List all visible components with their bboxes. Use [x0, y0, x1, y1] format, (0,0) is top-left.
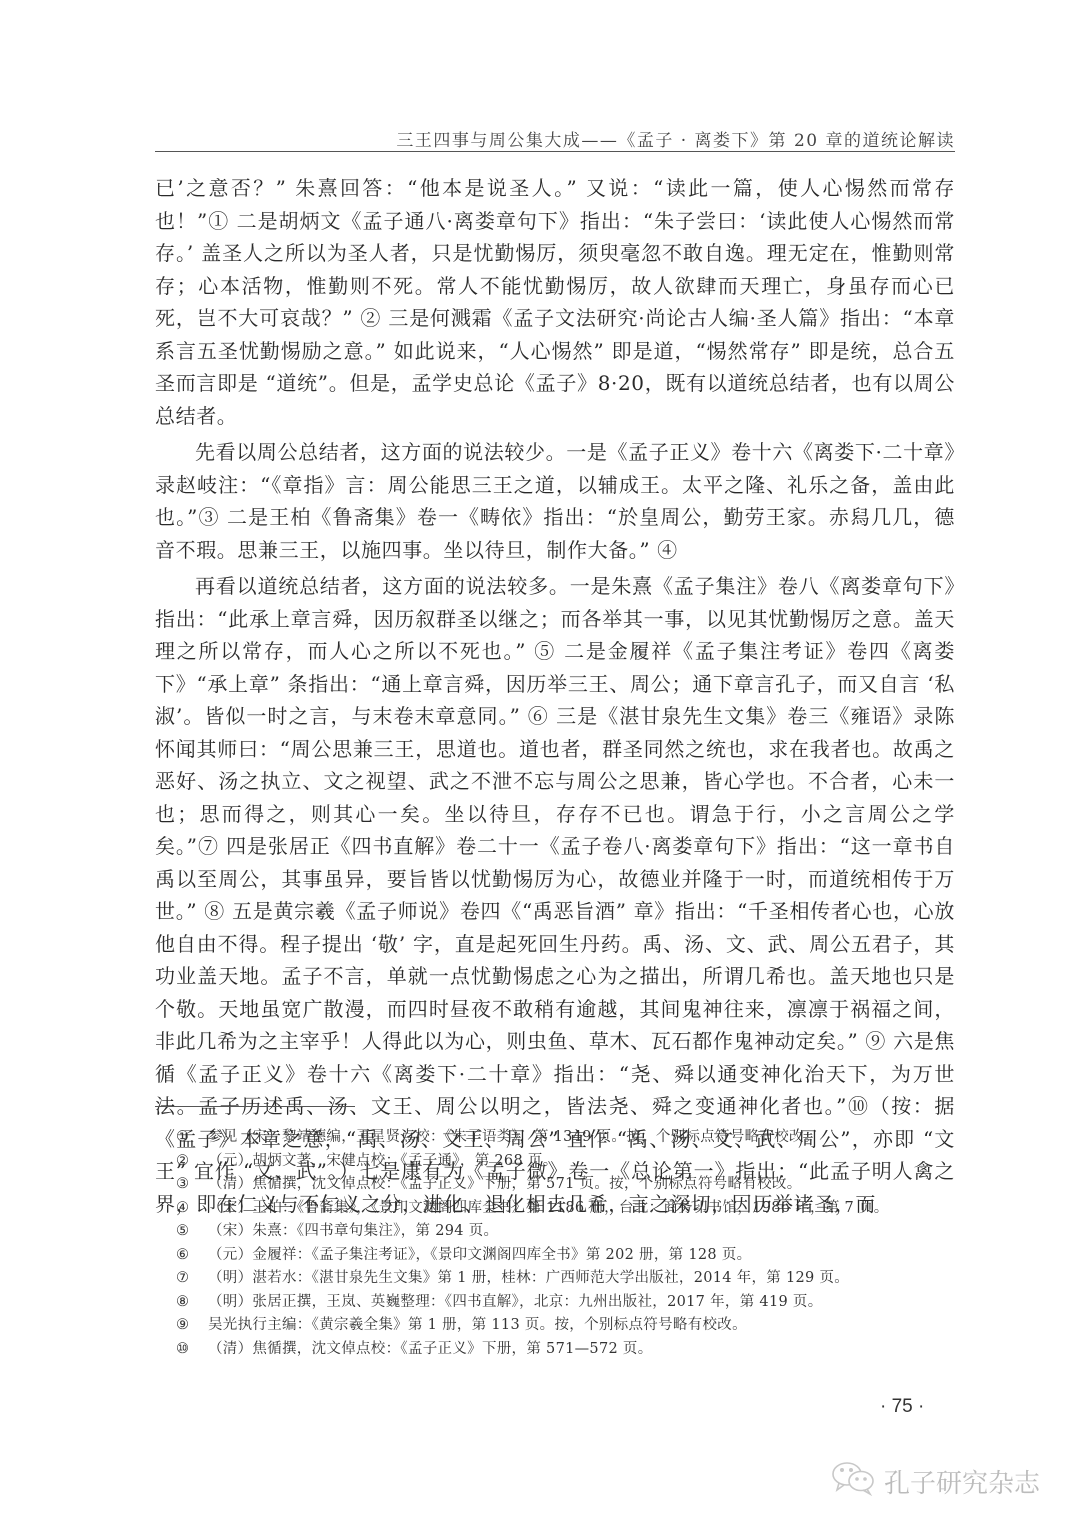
paragraph-3: 再看以道统总结者，这方面的说法较多。一是朱熹《孟子集注》卷八《离娄章句下》指出：…	[155, 570, 955, 1220]
footnote-mark: ⑦	[176, 1267, 208, 1291]
footnote-mark: ④	[176, 1197, 208, 1221]
footnote-text: （清）焦循撰，沈文倬点校：《孟子正义》下册，第 571—572 页。	[208, 1338, 653, 1362]
footnote-4: ④（宋）王柏：《鲁斋集》，《景印文渊阁四库全书》第 1186 册，台北：商务印书…	[176, 1197, 956, 1221]
footnote-mark: ⑤	[176, 1220, 208, 1244]
footnote-mark: ⑧	[176, 1291, 208, 1315]
footnote-text: （明）张居正撰，王岚、英巍整理：《四书直解》，北京：九州出版社，2017 年，第…	[208, 1291, 823, 1315]
footnote-6: ⑥（元）金履祥：《孟子集注考证》，《景印文渊阁四库全书》第 202 册，第 12…	[176, 1244, 956, 1268]
footnote-mark: ⑩	[176, 1338, 208, 1362]
footnote-1: ①参见（宋）黎靖德编，王星贤点校：《朱子语类》，第 1349 页。按，个别标点符…	[176, 1126, 956, 1150]
footnote-text: （元）胡炳文著，宋健点校：《孟子通》，第 268 页。	[208, 1150, 558, 1174]
footnote-mark: ⑥	[176, 1244, 208, 1268]
header-rule	[155, 151, 955, 152]
footnote-text: （宋）朱熹：《四书章句集注》，第 294 页。	[208, 1220, 498, 1244]
footnote-mark: ⑨	[176, 1314, 208, 1338]
paragraph-2: 先看以周公总结者，这方面的说法较少。一是《孟子正义》卷十六《离娄下·二十章》录赵…	[155, 436, 955, 566]
footnote-mark: ③	[176, 1173, 208, 1197]
watermark-label: 孔子研究杂志	[884, 1463, 1040, 1500]
footnote-text: （明）湛若水：《湛甘泉先生文集》第 1 册，桂林：广西师范大学出版社，2014 …	[208, 1267, 849, 1291]
footnote-text: （清）焦循撰，沈文倬点校：《孟子正义》下册，第 571 页。按，个别标点符号略有…	[208, 1173, 802, 1197]
footnote-rule	[155, 1106, 355, 1107]
footnote-9: ⑨吴光执行主编：《黄宗羲全集》第 1 册，第 113 页。按，个别标点符号略有校…	[176, 1314, 956, 1338]
footnote-2: ②（元）胡炳文著，宋健点校：《孟子通》，第 268 页。	[176, 1150, 956, 1174]
wechat-icon	[830, 1460, 878, 1503]
footnote-text: （元）金履祥：《孟子集注考证》，《景印文渊阁四库全书》第 202 册，第 128…	[208, 1244, 751, 1268]
footnote-10: ⑩（清）焦循撰，沈文倬点校：《孟子正义》下册，第 571—572 页。	[176, 1338, 956, 1362]
page-number: · 75 ·	[880, 1396, 924, 1418]
paragraph-1: 已’之意否？” 朱熹回答：“他本是说圣人。” 又说：“读此一篇，使人心惕然而常存…	[155, 172, 955, 432]
footnote-3: ③（清）焦循撰，沈文倬点校：《孟子正义》下册，第 571 页。按，个别标点符号略…	[176, 1173, 956, 1197]
footnote-7: ⑦（明）湛若水：《湛甘泉先生文集》第 1 册，桂林：广西师范大学出版社，2014…	[176, 1267, 956, 1291]
body-text: 已’之意否？” 朱熹回答：“他本是说圣人。” 又说：“读此一篇，使人心惕然而常存…	[155, 172, 955, 1220]
running-title: 三王四事与周公集大成——《孟子 · 离娄下》第 20 章的道统论解读	[155, 126, 955, 151]
footnote-mark: ②	[176, 1150, 208, 1174]
footnote-8: ⑧（明）张居正撰，王岚、英巍整理：《四书直解》，北京：九州出版社，2017 年，…	[176, 1291, 956, 1315]
footnote-text: （宋）王柏：《鲁斋集》，《景印文渊阁四库全书》第 1186 册，台北：商务印书馆…	[208, 1197, 889, 1221]
footnote-mark: ①	[176, 1126, 208, 1150]
watermark: 孔子研究杂志	[830, 1460, 1040, 1503]
footnote-5: ⑤（宋）朱熹：《四书章句集注》，第 294 页。	[176, 1220, 956, 1244]
footnote-text: 参见（宋）黎靖德编，王星贤点校：《朱子语类》，第 1349 页。按，个别标点符号…	[208, 1126, 819, 1150]
footnote-text: 吴光执行主编：《黄宗羲全集》第 1 册，第 113 页。按，个别标点符号略有校改…	[208, 1314, 747, 1338]
footnotes: ①参见（宋）黎靖德编，王星贤点校：《朱子语类》，第 1349 页。按，个别标点符…	[176, 1126, 956, 1361]
